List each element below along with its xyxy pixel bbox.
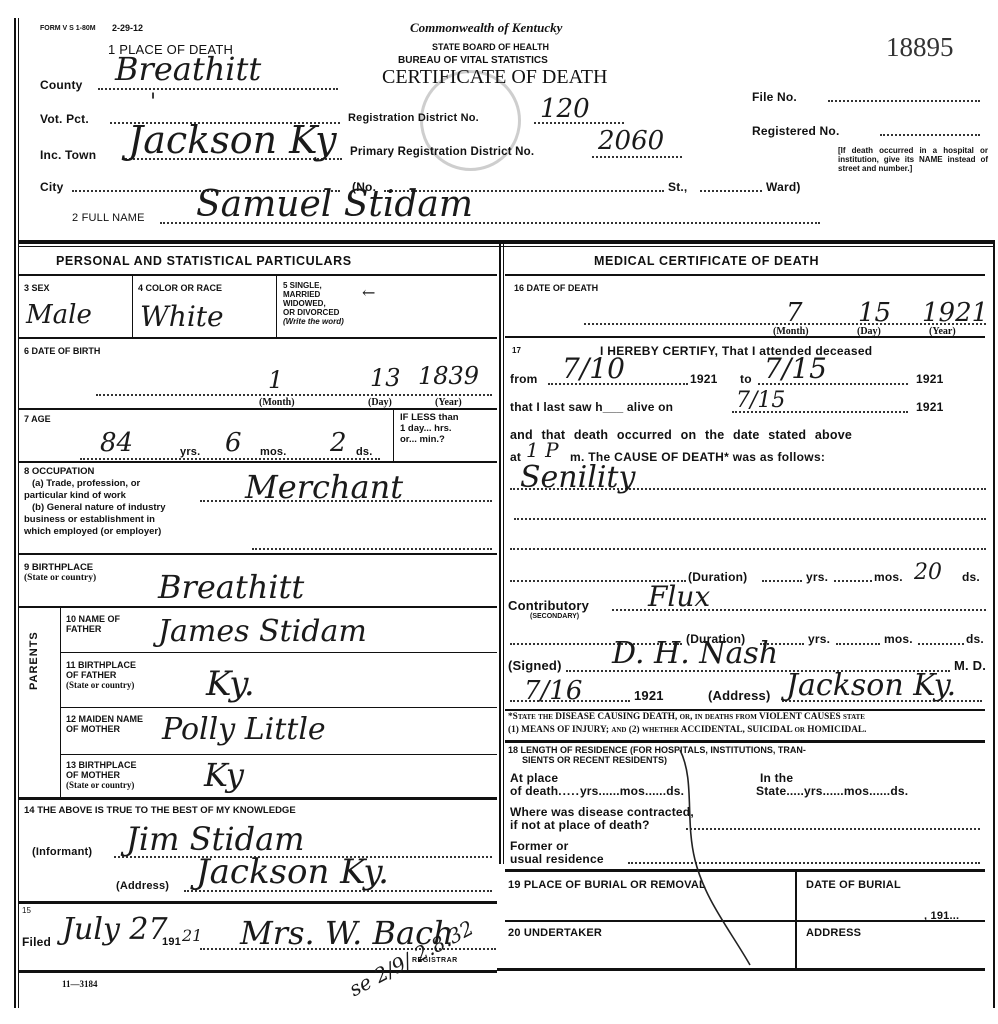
signed-year: 1921: [634, 688, 664, 703]
duration-ds: ds.: [962, 570, 980, 584]
to-value: 7/15: [764, 352, 827, 385]
certify-number: 17: [512, 346, 521, 356]
primary-district-label: Primary Registration District No.: [350, 146, 534, 158]
parents-label: PARENTS: [28, 631, 40, 690]
ward-label: Ward): [766, 180, 801, 194]
primary-district-value: 2060: [598, 126, 664, 156]
cause-of-death-value: Senility: [520, 460, 635, 495]
dob-day-caption: (Day): [368, 397, 392, 408]
at-place-label: At place of death.....yrs......mos......…: [510, 772, 684, 798]
to-label: to: [740, 372, 752, 386]
from-year: 1921: [690, 372, 718, 386]
street-label: St.,: [668, 180, 687, 194]
physician-signature: D. H. Nash: [612, 636, 778, 671]
father-name-label: 10 NAME OF FATHER: [66, 614, 120, 634]
informant-label: (Informant): [32, 846, 92, 858]
residence-label: 18 LENGTH OF RESIDENCE (FOR HOSPITALS, I…: [508, 745, 806, 765]
dob-year: 1839: [418, 362, 479, 390]
inc-town-value: Jackson Ky: [128, 118, 337, 162]
city-label: City: [40, 180, 63, 194]
marital-value: ←: [362, 283, 375, 302]
age-ds-caption: ds.: [356, 446, 373, 458]
dod-year: 1921: [922, 298, 988, 328]
at-time-value: 1 P: [526, 438, 559, 462]
occupation-label: 8 OCCUPATION (a) Trade, profession, or p…: [24, 466, 166, 538]
registration-district-label: Registration District No.: [348, 112, 479, 124]
form-code: FORM V S 1-80M: [40, 24, 96, 34]
personal-heading: PERSONAL AND STATISTICAL PARTICULARS: [56, 254, 352, 268]
marital-label: 5 SINGLE, MARRIED WIDOWED, OR DIVORCED (…: [283, 281, 344, 326]
age-months: 6: [225, 428, 242, 458]
center-divider: [499, 244, 501, 864]
full-name-value: Samuel Stidam: [196, 184, 473, 225]
signed-label: (Signed): [508, 658, 562, 673]
sex-value: Male: [26, 300, 92, 330]
footnote-line-1: *State the DISEASE CAUSING DEATH, or, in…: [508, 712, 865, 722]
former-residence-label: Former or usual residence: [510, 840, 604, 866]
informant-address-label: (Address): [116, 880, 169, 892]
full-name-label: 2 FULL NAME: [72, 212, 145, 224]
last-saw-year: 1921: [916, 400, 944, 414]
informant-address-value: Jackson Ky.: [196, 852, 389, 892]
footnote-line-2: (1) MEANS OF INJURY; and (2) whether ACC…: [508, 725, 866, 735]
mother-birthplace-value: Ky: [204, 756, 244, 794]
contributory-value: Flux: [648, 580, 710, 613]
physician-address-value: Jackson Ky.: [786, 668, 956, 703]
inc-town-label: Inc. Town: [40, 148, 96, 162]
birthplace-value: Breathitt: [158, 568, 304, 606]
right-border: [993, 240, 995, 1008]
registered-no-label: Registered No.: [752, 124, 840, 138]
contributory-label: Contributory: [508, 598, 589, 613]
age-days: 2: [330, 428, 347, 458]
county-value: Breathitt: [115, 50, 261, 88]
dob-day: 13: [370, 364, 401, 392]
certificate-number: 18895: [886, 32, 954, 63]
filed-year-prefix: 191: [162, 936, 181, 948]
burial-date-label: DATE OF BURIAL: [806, 879, 901, 891]
last-saw-label: that I last saw h___ alive on: [510, 400, 673, 414]
duration-mos: mos.: [874, 570, 903, 584]
race-label: 4 COLOR OR RACE: [138, 283, 222, 293]
pen-stroke-mark: [670, 740, 760, 970]
mother-name-value: Polly Little: [162, 712, 326, 747]
from-label: from: [510, 372, 537, 386]
if-less-label: IF LESS than 1 day... hrs. or... min.?: [400, 412, 459, 445]
left-border: [14, 18, 16, 1008]
file-no-label: File No.: [752, 90, 797, 104]
birthplace-label: 9 BIRTHPLACE (State or country): [24, 562, 96, 584]
informant-statement: 14 THE ABOVE IS TRUE TO THE BEST OF MY K…: [24, 806, 296, 816]
physician-address-label: (Address): [708, 688, 770, 703]
undertaker-label: 20 UNDERTAKER: [508, 927, 602, 939]
hospital-note: [If death occurred in a hospital or inst…: [838, 146, 988, 173]
contrib-duration-ds: ds.: [966, 632, 984, 646]
age-yrs-caption: yrs.: [180, 446, 200, 458]
signed-date-value: 7/16: [524, 676, 582, 706]
section-divider: [19, 240, 994, 244]
contrib-duration-yrs: yrs.: [808, 632, 830, 646]
dob-year-caption: (Year): [435, 397, 462, 408]
last-saw-value: 7/15: [736, 388, 785, 413]
dod-label: 16 DATE OF DEATH: [514, 283, 598, 293]
board-title: STATE BOARD OF HEALTH: [432, 42, 549, 52]
medical-heading: MEDICAL CERTIFICATE OF DEATH: [594, 254, 819, 268]
mother-name-label: 12 MAIDEN NAME OF MOTHER: [66, 714, 143, 734]
mother-birthplace-label: 13 BIRTHPLACE OF MOTHER (State or countr…: [66, 760, 137, 790]
age-mos-caption: mos.: [260, 446, 286, 458]
duration-days-value: 20: [914, 560, 942, 585]
commonwealth-title: Commonwealth of Kentucky: [410, 20, 562, 36]
dod-month: 7: [786, 298, 803, 328]
occupation-value: Merchant: [245, 468, 403, 506]
from-value: 7/10: [562, 352, 625, 385]
age-label: 7 AGE: [24, 414, 51, 424]
dob-month: 1: [268, 366, 283, 394]
filed-date-value: July 27: [62, 912, 168, 947]
vot-pct-value: ': [150, 90, 156, 115]
contrib-duration-mos: mos.: [884, 632, 913, 646]
vot-pct-label: Vot. Pct.: [40, 112, 89, 126]
bureau-title: BUREAU OF VITAL STATISTICS: [398, 56, 548, 66]
filing-number: 15: [22, 906, 31, 916]
dob-month-caption: (Month): [259, 397, 295, 408]
undertaker-address-label: ADDRESS: [806, 927, 861, 939]
registration-district-value: 120: [540, 94, 590, 124]
certify-text: I HEREBY CERTIFY, That I attended deceas…: [600, 344, 872, 358]
father-birthplace-value: Ky.: [206, 664, 255, 704]
race-value: White: [140, 300, 224, 333]
dod-day: 15: [858, 298, 891, 328]
age-years: 84: [100, 428, 133, 458]
county-label: County: [40, 78, 83, 92]
md-label: M. D.: [954, 658, 986, 673]
filed-label: Filed: [22, 935, 51, 949]
occurred-text: and that death occurred on the date stat…: [510, 428, 852, 442]
secondary-label: (SECONDARY): [530, 612, 579, 622]
father-name-value: James Stidam: [158, 614, 367, 649]
form-date: 2-29-12: [112, 23, 143, 33]
contracted-label: Where was disease contracted, if not at …: [510, 806, 694, 832]
to-year: 1921: [916, 372, 944, 386]
filed-year-suffix: 21: [182, 926, 202, 945]
left-border-inner: [18, 18, 19, 1008]
print-code: 11—3184: [62, 979, 98, 989]
duration-yrs: yrs.: [806, 570, 828, 584]
father-birthplace-label: 11 BIRTHPLACE OF FATHER (State or countr…: [66, 660, 136, 690]
in-state-label: In the State.....yrs......mos......ds.: [756, 772, 908, 798]
sex-label: 3 SEX: [24, 283, 50, 293]
dob-label: 6 DATE OF BIRTH: [24, 346, 100, 356]
